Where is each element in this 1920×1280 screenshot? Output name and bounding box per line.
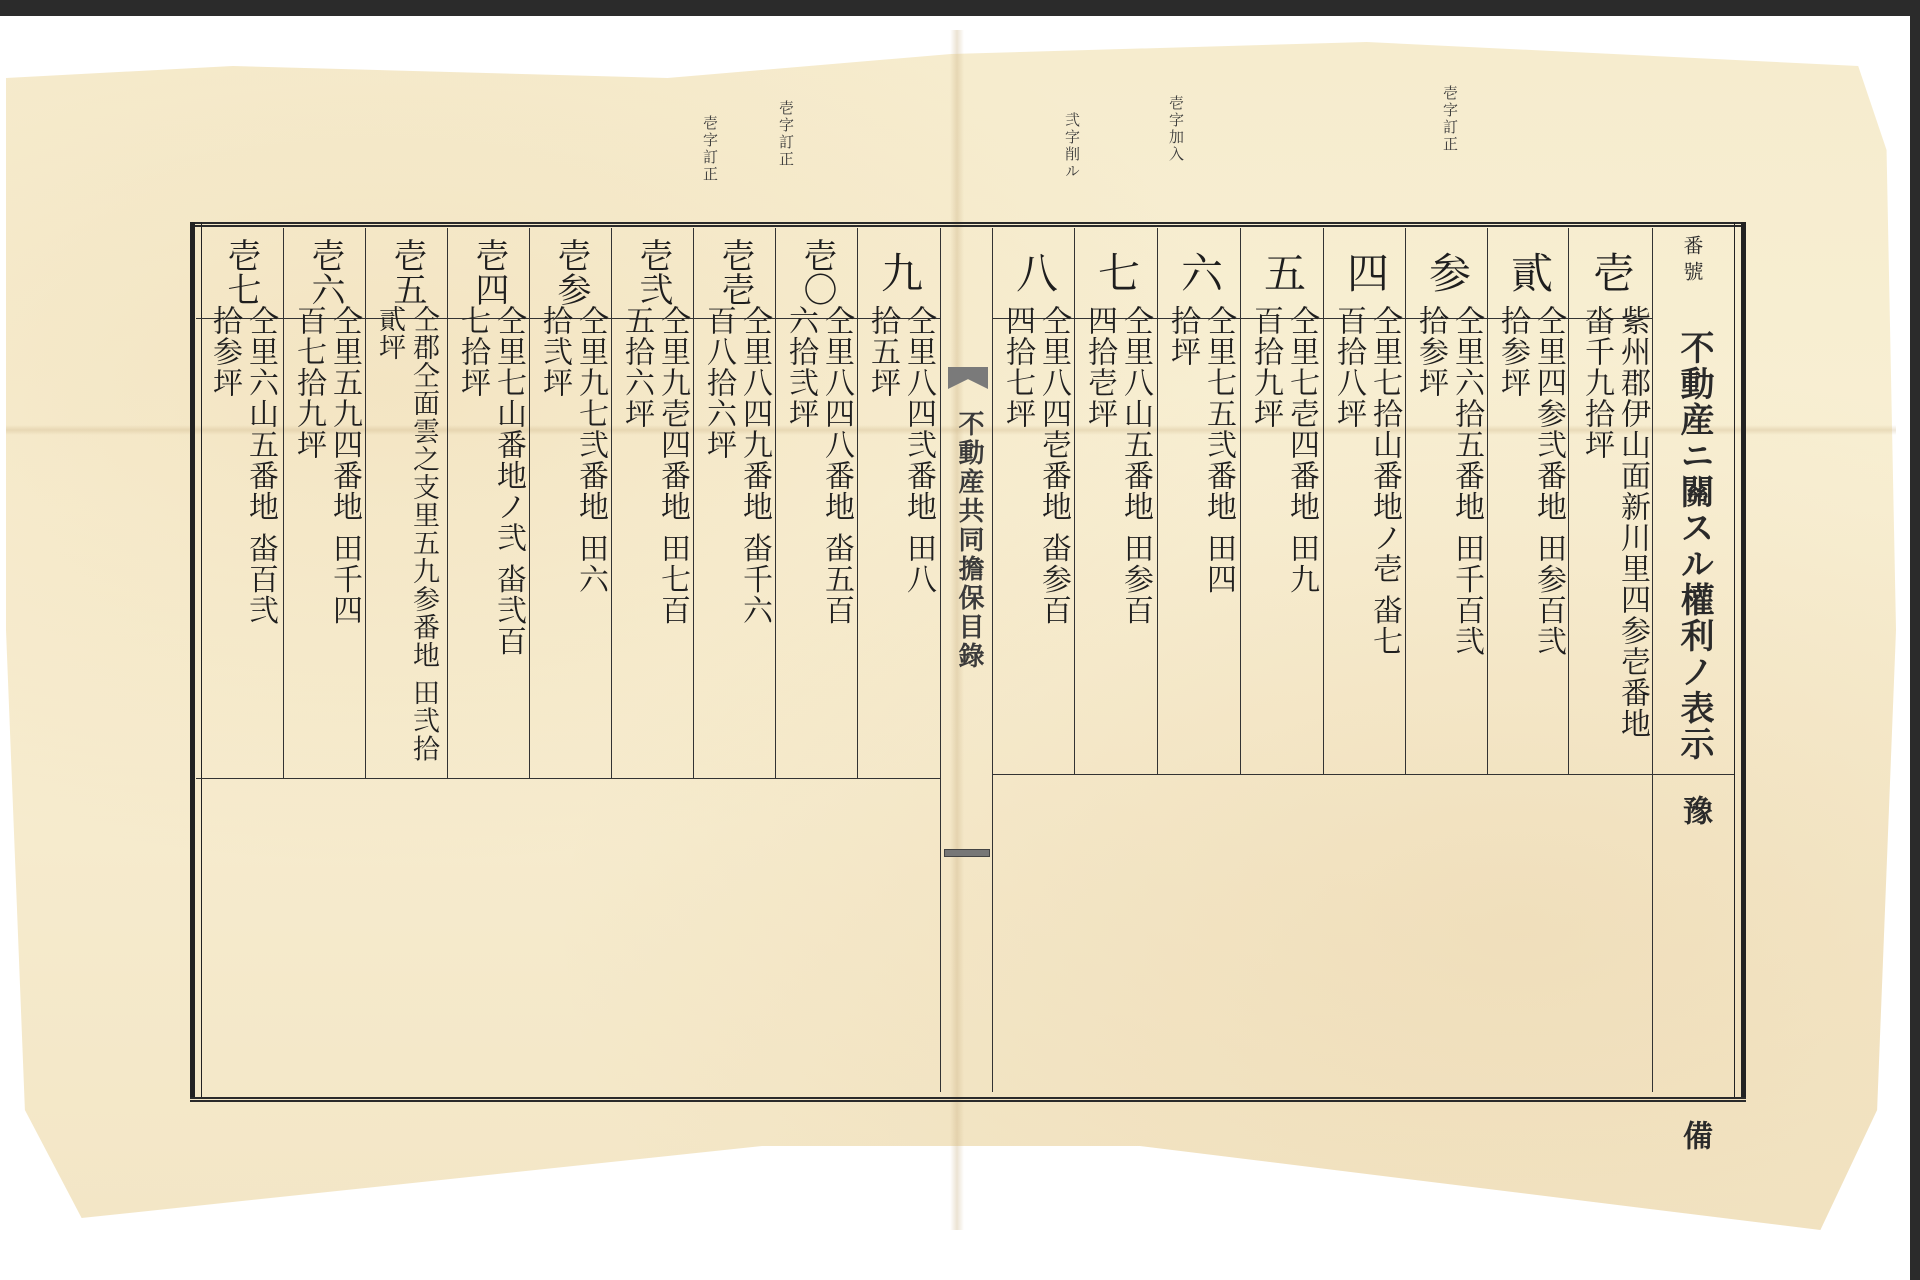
column-line (1240, 228, 1241, 774)
entry-text: 紫州郡伊山面新川里四参壱番地 畓千九拾坪 (1578, 305, 1650, 745)
column-line (611, 228, 612, 778)
entry-number: 壱壱 (695, 232, 775, 312)
window-top-bar (0, 0, 1920, 16)
entry-number: 六 (1159, 232, 1239, 312)
entry-number: 壱五 (367, 232, 447, 312)
entry-location: 仝里四参弐番地 (1531, 305, 1566, 522)
entry-location: 仝里七拾山番地ノ壱 (1367, 305, 1402, 584)
entry-location: 仝里七五弐番地 (1201, 305, 1236, 522)
entry-number: 九 (859, 232, 939, 312)
entry-text: 仝里八山五番地 田参百四拾壱坪 (1081, 305, 1153, 635)
margin-note: 弐字削ル (1062, 112, 1083, 180)
entry-location: 仝里七山番地ノ弐 (491, 305, 526, 553)
document-title: 不動産共同擔保目錄 (948, 410, 988, 671)
entry-text: 仝里七壱四番地 田九百拾九坪 (1247, 305, 1319, 605)
entry-location: 仝郡仝面雲之支里五九参番地 (408, 305, 439, 669)
margin-note: 壱字加入 (1166, 95, 1187, 163)
entry-text: 仝里八四弐番地 田八拾五坪 (864, 305, 936, 605)
entry-number: 壱〇 (777, 232, 857, 312)
column-line (1157, 228, 1158, 774)
entry-location: 仝里八山五番地 (1118, 305, 1153, 522)
column-line (365, 228, 366, 778)
entry-location: 仝里六拾五番地 (1449, 305, 1484, 522)
window-right-edge (1910, 0, 1920, 1280)
entries-bottom-divider-left (196, 778, 940, 779)
column-line (693, 228, 694, 778)
reserve-label-top: 豫 (1672, 795, 1716, 825)
column-line (1074, 228, 1075, 774)
entry-text: 仝里九七弐番地 田六拾弐坪 (536, 305, 608, 605)
entry-number: 八 (994, 232, 1074, 312)
entry-number: 壱七 (201, 232, 281, 312)
entry-area: 畓千九拾坪 (1579, 305, 1614, 460)
entry-text: 仝里六拾五番地 田千百弐拾参坪 (1412, 305, 1484, 665)
entry-number: 壱六 (285, 232, 365, 312)
entry-location: 紫州郡伊山面新川里四参壱番地 (1615, 305, 1650, 739)
header-column-line (1652, 228, 1653, 1092)
entry-number: 壱参 (531, 232, 611, 312)
entry-number: 四 (1325, 232, 1405, 312)
entry-number: 参 (1407, 232, 1487, 312)
entries-bottom-divider-right (992, 774, 1734, 775)
entry-text: 仝里六山五番地 畓百弐拾参坪 (206, 305, 278, 635)
center-band-left-line (940, 228, 941, 1092)
column-line (857, 228, 858, 778)
column-line (1405, 228, 1406, 774)
column-line (283, 228, 284, 778)
entry-text: 仝里八四壱番地 畓参百四拾七坪 (999, 305, 1071, 645)
center-bar-mark (944, 849, 990, 857)
column-line (447, 228, 448, 778)
entry-number: 壱 (1571, 232, 1651, 312)
entry-text: 仝郡仝面雲之支里五九参番地 田弐拾貳坪 (372, 305, 440, 765)
entry-location: 仝里八四弐番地 (901, 305, 936, 522)
entry-text: 仝里七山番地ノ弐 畓弐百七拾坪 (454, 305, 526, 665)
column-line (1323, 228, 1324, 774)
entry-location: 仝里八四壱番地 (1036, 305, 1071, 522)
entry-location: 仝里七壱四番地 (1284, 305, 1319, 522)
entry-number: 七 (1076, 232, 1156, 312)
margin-note: 壱字訂正 (776, 100, 797, 168)
entry-text: 仝里四参弐番地 田参百弐拾参坪 (1494, 305, 1566, 665)
column-line (1487, 228, 1488, 774)
entry-location: 仝里八四八番地 (819, 305, 854, 522)
entry-location: 仝里九七弐番地 (573, 305, 608, 522)
entry-location: 仝里八四九番地 (737, 305, 772, 522)
frame-left-border (190, 222, 202, 1097)
entry-text: 仝里九壱四番地 田七百五拾六坪 (618, 305, 690, 635)
entry-location: 仝里六山五番地 (243, 305, 278, 522)
margin-note: 壱字訂正 (1440, 85, 1461, 153)
entry-number: 壱四 (449, 232, 529, 312)
entry-text: 仝里七拾山番地ノ壱 畓七百拾八坪 (1330, 305, 1402, 665)
entry-location: 仝里九壱四番地 (655, 305, 690, 522)
number-header-label: 番號 (1678, 235, 1707, 287)
entry-text: 仝里八四八番地 畓五百六拾弐坪 (782, 305, 854, 635)
margin-note: 壱字訂正 (700, 115, 721, 183)
entry-number: 壱弐 (613, 232, 693, 312)
entry-number: 貳 (1489, 232, 1569, 312)
entry-location: 仝里五九四番地 (327, 305, 362, 522)
rights-header-label: 不動産ニ關スル權利ノ表示 (1670, 330, 1719, 762)
reserve-label-bottom: 備 (1672, 1120, 1716, 1150)
entry-text: 仝里八四九番地 畓千六百八拾六坪 (700, 305, 772, 635)
column-line (775, 228, 776, 778)
frame-right-border (1734, 222, 1746, 1097)
column-line (529, 228, 530, 778)
entry-number: 五 (1242, 232, 1322, 312)
entry-text: 仝里五九四番地 田千四百七拾九坪 (290, 305, 362, 635)
center-band-right-line (992, 228, 993, 1092)
entry-text: 仝里七五弐番地 田四拾坪 (1164, 305, 1236, 605)
